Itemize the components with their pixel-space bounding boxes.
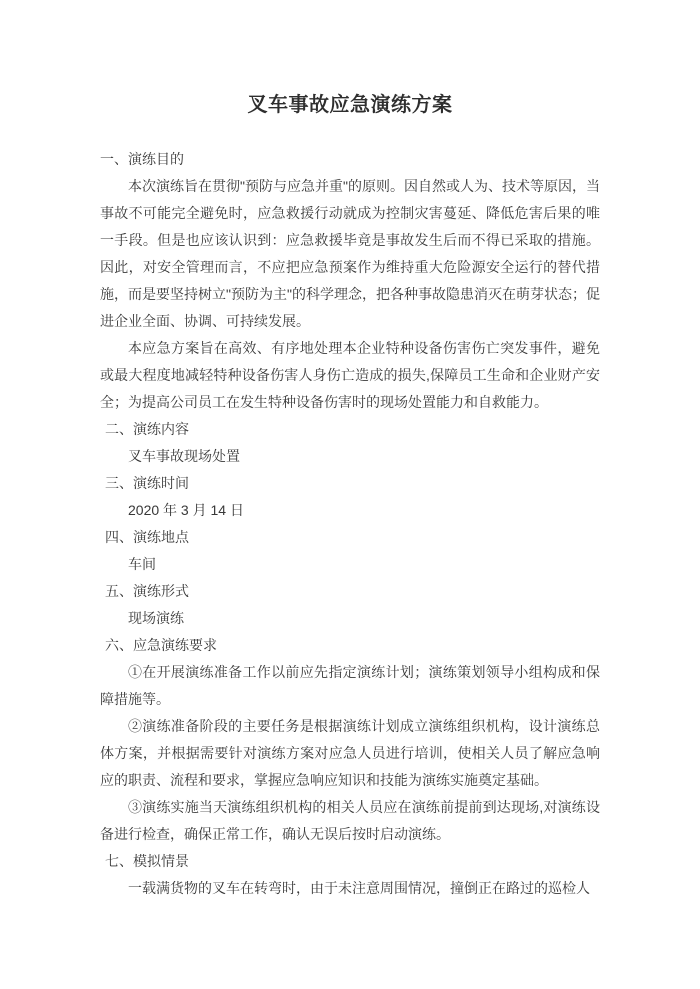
paragraph: ①在开展演练准备工作以前应先指定演练计划；演练策划领导小组构成和保障措施等。 xyxy=(100,659,600,713)
section-heading: 六、应急演练要求 xyxy=(100,632,600,659)
paragraph: 一载满货物的叉车在转弯时，由于未注意周围情况，撞倒正在路过的巡检人 xyxy=(100,875,600,902)
document-content: 叉车事故应急演练方案一、演练目的本次演练旨在贯彻"预防与应急并重"的原则。因自然… xyxy=(100,88,600,902)
paragraph: ②演练准备阶段的主要任务是根据演练计划成立演练组织机构，设计演练总体方案，并根据… xyxy=(100,713,600,794)
document-title: 叉车事故应急演练方案 xyxy=(100,88,600,122)
section-heading: 四、演练地点 xyxy=(100,524,600,551)
paragraph: 本次演练旨在贯彻"预防与应急并重"的原则。因自然或人为、技术等原因，当事故不可能… xyxy=(100,173,600,335)
section-heading: 二、演练内容 xyxy=(100,416,600,443)
paragraph: 本应急方案旨在高效、有序地处理本企业特种设备伤害伤亡突发事件，避免或最大程度地减… xyxy=(100,335,600,416)
section-heading: 五、演练形式 xyxy=(100,578,600,605)
paragraph: ③演练实施当天演练组织机构的相关人员应在演练前提前到达现场,对演练设备进行检查，… xyxy=(100,794,600,848)
section-heading: 七、模拟情景 xyxy=(100,848,600,875)
content-line: 2020 年 3 月 14 日 xyxy=(100,497,600,524)
content-line: 叉车事故现场处置 xyxy=(100,443,600,470)
section-heading: 一、演练目的 xyxy=(100,146,600,173)
content-line: 车间 xyxy=(100,551,600,578)
document-page: 叉车事故应急演练方案一、演练目的本次演练旨在贯彻"预防与应急并重"的原则。因自然… xyxy=(0,0,700,989)
section-heading: 三、演练时间 xyxy=(100,470,600,497)
content-line: 现场演练 xyxy=(100,605,600,632)
